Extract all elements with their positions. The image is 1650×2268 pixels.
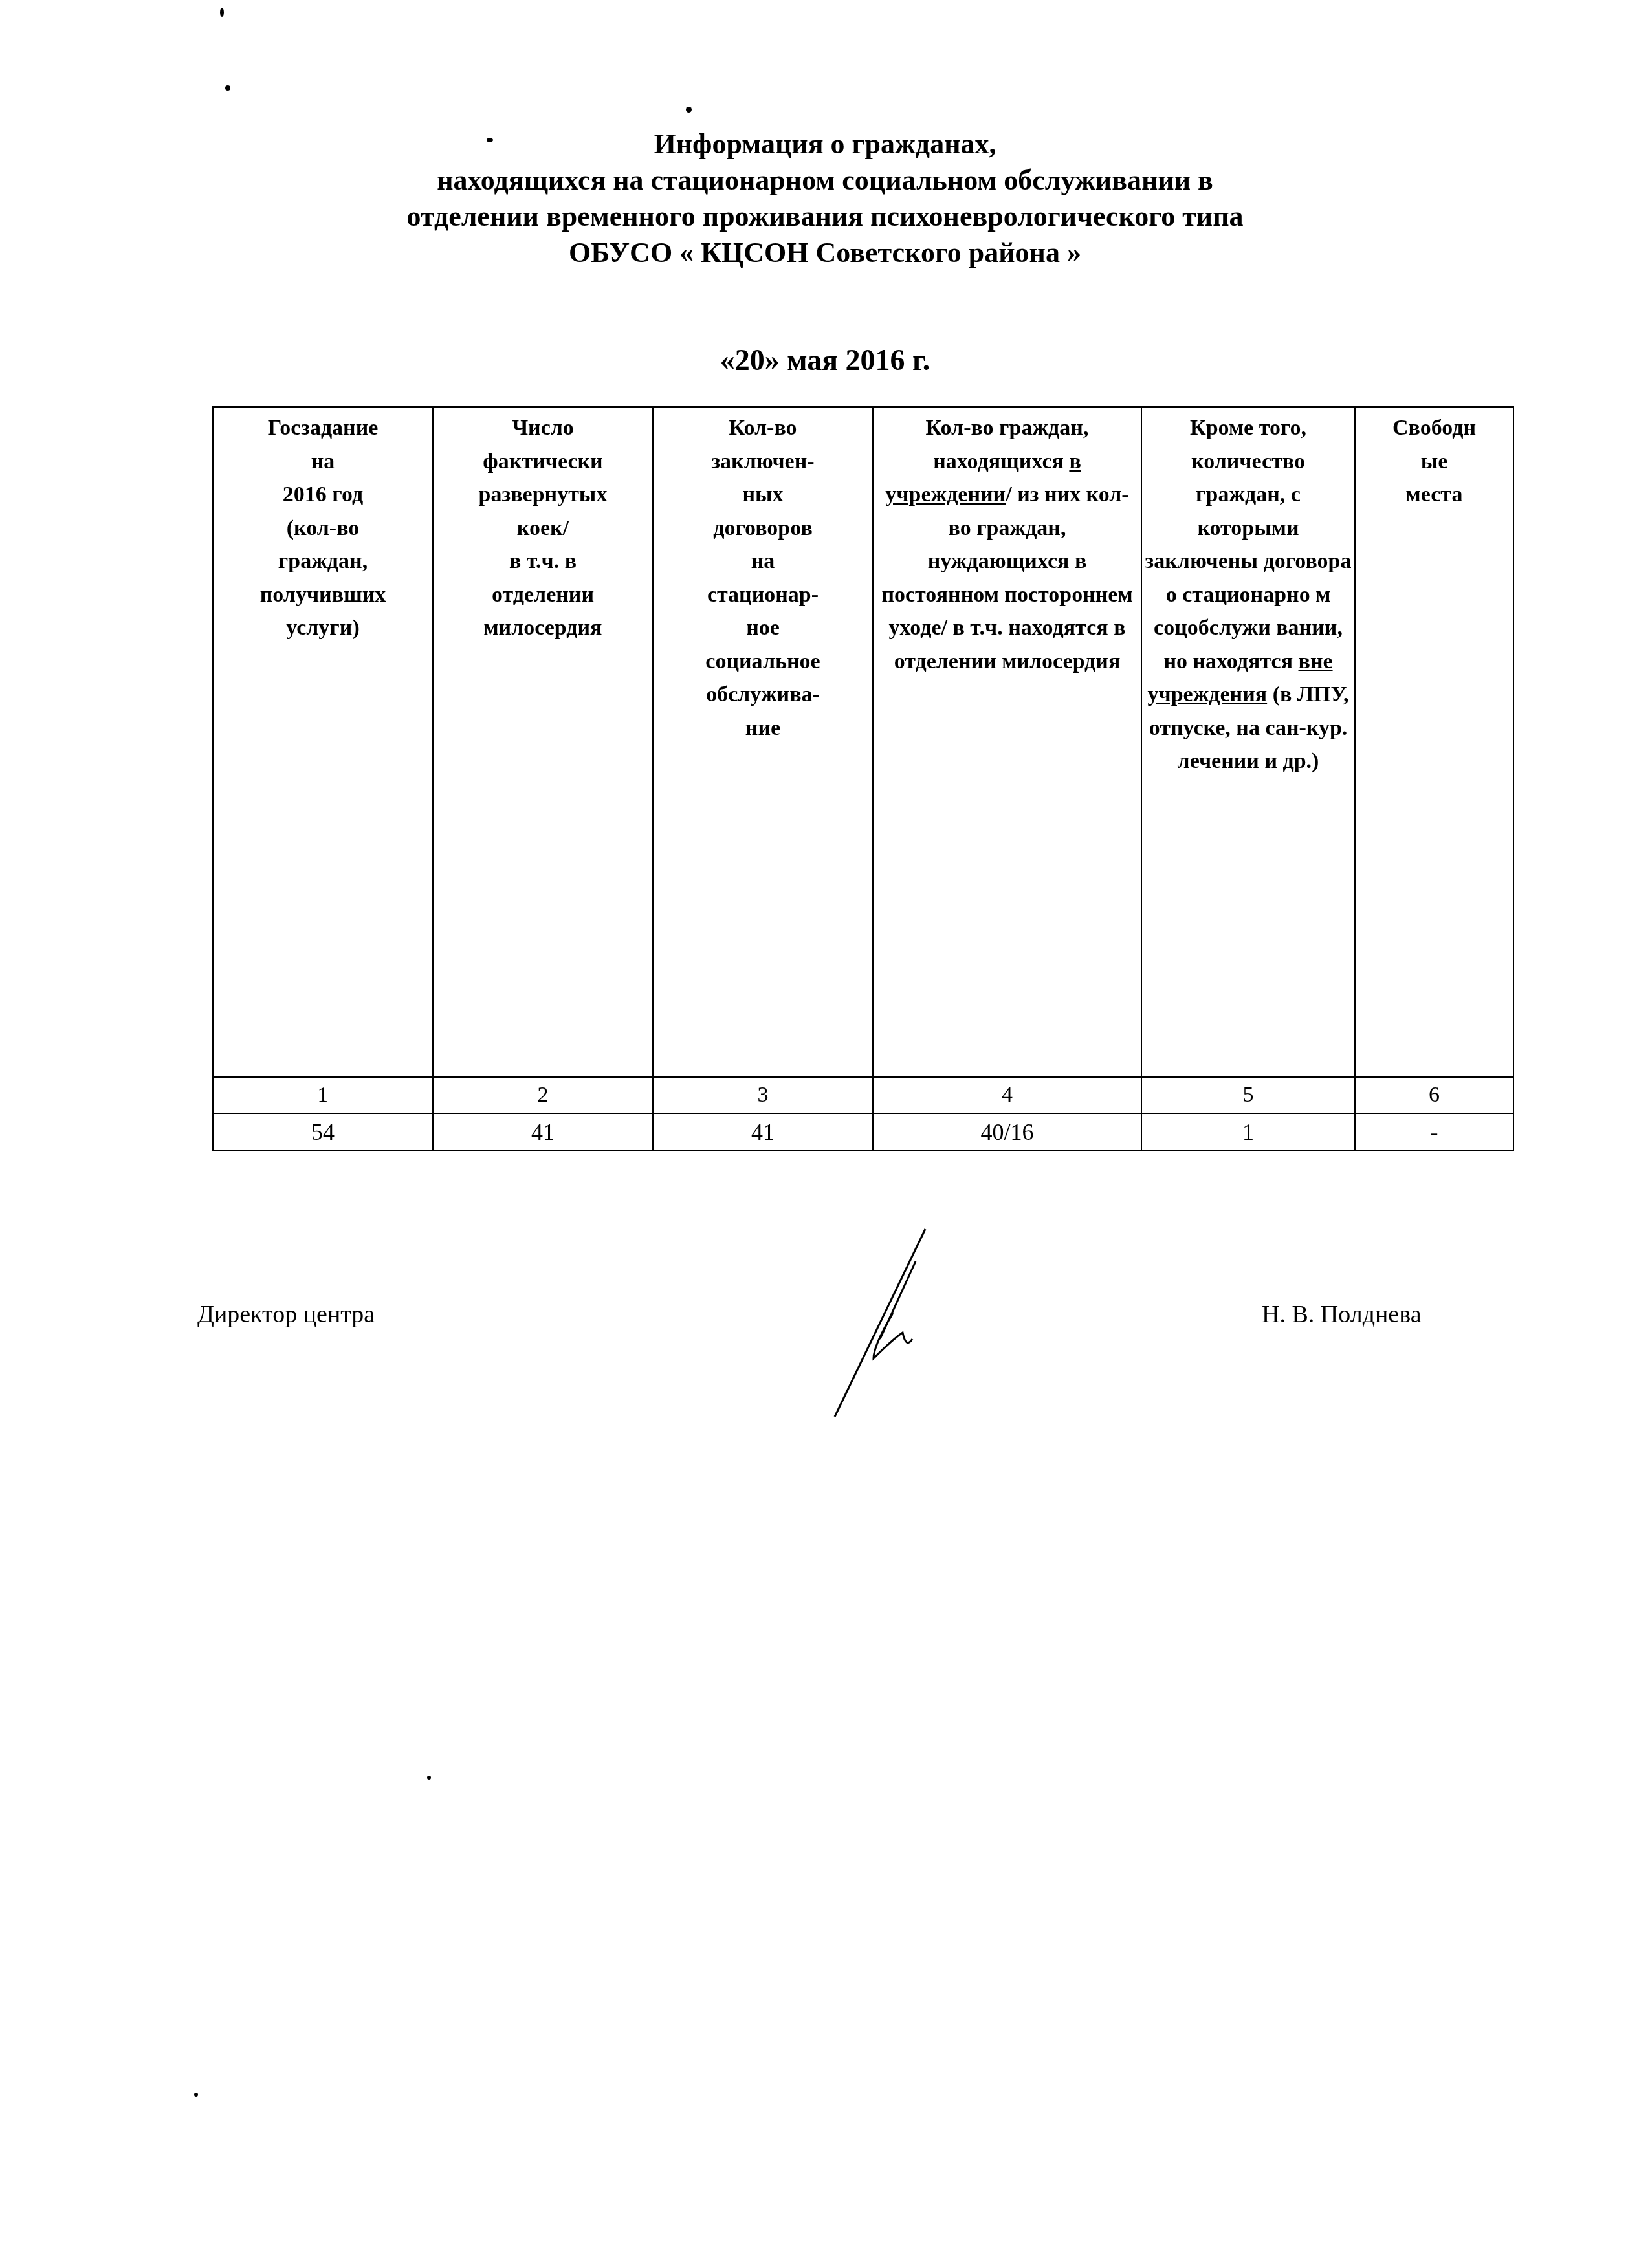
header-line: милосердия [436,611,650,645]
scan-speck [220,8,224,17]
column-number: 3 [653,1077,873,1113]
header-line: ное [656,611,870,645]
column-number: 5 [1141,1077,1355,1113]
header-line: Число [436,411,650,445]
column-number: 4 [873,1077,1141,1113]
table-header-row: Госзаданиена2016 год(кол-вограждан,получ… [213,407,1513,1077]
header-line: получивших [216,578,430,612]
scan-speck [686,107,692,113]
column-number-row: 1 2 3 4 5 6 [213,1077,1513,1113]
column-number: 6 [1355,1077,1513,1113]
header-line: (кол-во [216,512,430,545]
header-line: Свободн [1358,411,1510,445]
value-cell: 54 [213,1113,433,1151]
header-line: ных [656,478,870,512]
header-line: места [1358,478,1510,512]
scan-speck [194,2093,198,2097]
header-contracts: Кол-возаключен-ныхдоговоровнастационар-н… [653,407,873,1077]
header-beds: Числофактическиразвернутыхкоек/в т.ч. во… [433,407,653,1077]
scan-speck [427,1776,431,1780]
header-line: фактически [436,445,650,479]
signatory-name: Н. В. Полднева [1262,1300,1422,1329]
header-line: граждан, [216,545,430,578]
title-line: ОБУСО « КЦСОН Советского района » [0,235,1650,271]
report-table: Госзаданиена2016 год(кол-вограждан,получ… [212,406,1514,1151]
header-line: в т.ч. в [436,545,650,578]
header-line: заключен- [656,445,870,479]
header-line: развернутых [436,478,650,512]
title-line: Информация о гражданах, [0,126,1650,162]
value-cell: - [1355,1113,1513,1151]
header-line: услуги) [216,611,430,645]
signatory-position: Директор центра [197,1300,375,1329]
header-state-assignment: Госзаданиена2016 год(кол-вограждан,получ… [213,407,433,1077]
value-cell: 1 [1141,1113,1355,1151]
header-line: стационар- [656,578,870,612]
table-row: 54 41 41 40/16 1 - [213,1113,1513,1151]
header-line: коек/ [436,512,650,545]
header-line: обслужива- [656,678,870,712]
value-cell: 41 [433,1113,653,1151]
header-text: / из них кол-во граждан, нуждающихся в п… [881,483,1132,673]
header-text: Кроме того, количество граждан, с которы… [1145,416,1352,673]
header-line: на [656,545,870,578]
header-free-places: Свободныеместа [1355,407,1513,1077]
document-title: Информация о гражданах, находящихся на с… [0,126,1650,271]
title-line: находящихся на стационарном социальном о… [0,162,1650,199]
report-date: «20» мая 2016 г. [0,343,1650,377]
scan-speck [225,85,230,91]
value-cell: 40/16 [873,1113,1141,1151]
column-number: 1 [213,1077,433,1113]
header-line: ые [1358,445,1510,479]
column-number: 2 [433,1077,653,1113]
header-text: Кол-во граждан, находящихся [926,416,1089,474]
header-line: отделении [436,578,650,612]
header-line: социальное [656,645,870,679]
header-line: ние [656,712,870,745]
signature-mark [796,1223,951,1430]
value-cell: 41 [653,1113,873,1151]
header-line: договоров [656,512,870,545]
header-citizens-in-institution: Кол-во граждан, находящихся в учреждении… [873,407,1141,1077]
header-line: на [216,445,430,479]
title-line: отделении временного проживания психонев… [0,199,1650,235]
header-citizens-outside: Кроме того, количество граждан, с которы… [1141,407,1355,1077]
header-line: Кол-во [656,411,870,445]
header-line: 2016 год [216,478,430,512]
header-line: Госзадание [216,411,430,445]
